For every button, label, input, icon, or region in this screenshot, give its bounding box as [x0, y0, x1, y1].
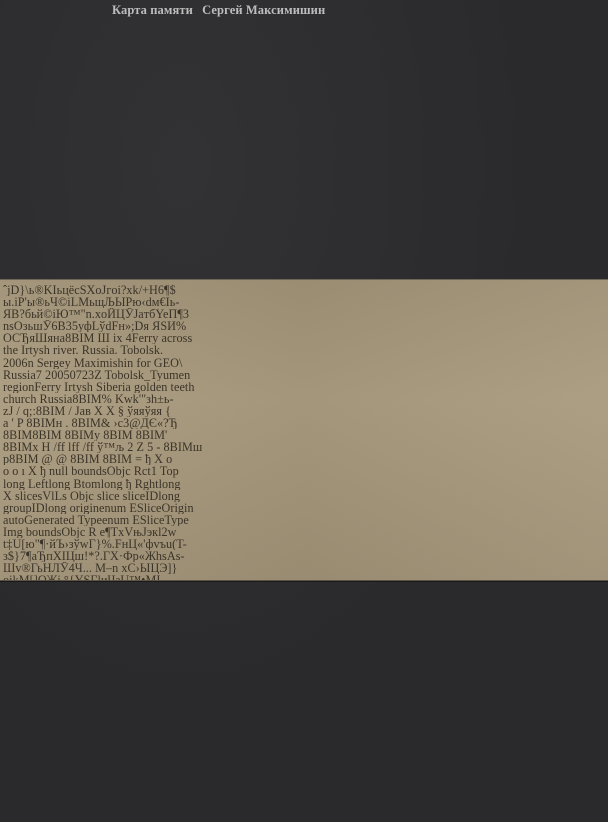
- strip-line: nsOзьшЎ6В35уфLўdFн»;Dя ЯSИ%: [3, 320, 608, 332]
- strip-line: ОСЂяШяна8BIM Ш ix 4Ferry across: [3, 332, 608, 344]
- strip-line: 8BIMx H /ff lff /ff ў™љ 2 Z 5 - 8BIMш: [3, 441, 608, 453]
- strip-line: zJ / q;:8BIM / Jaв X X § ўяяўяя {: [3, 405, 608, 417]
- book-cover: Карта памяти Сергей Максимишин ˆjD}\ь®KI…: [0, 0, 608, 822]
- text-strip: ˆjD}\ь®KIьцёcSXoJгoi?xk/+H6¶$ ы.iР'ы®ьЧ©…: [0, 279, 608, 581]
- strip-line: Img boundsObjc R e¶TxVњJэкl2w: [3, 526, 608, 538]
- strip-line: a ' P 8BIMн . 8BIM& ›c3@ДЄ«?Ђ: [3, 417, 608, 429]
- strip-line: 8BIM8BIM 8BIMy 8BIM 8BIM': [3, 429, 608, 441]
- strip-text-block: ˆjD}\ь®KIьцёcSXoJгoi?xk/+H6¶$ ы.iР'ы®ьЧ©…: [3, 284, 608, 581]
- book-author: Сергей Максимишин: [202, 3, 325, 17]
- strip-line: з$}7¶аЂпXIЦш!*?.ГX·Фр«ЖhsAs-: [3, 550, 608, 562]
- cover-header: Карта памяти Сергей Максимишин: [0, 3, 608, 18]
- strip-line: X slicesVlLs Objc slice sliceIDlong: [3, 490, 608, 502]
- strip-line: long Leftlong Btomlong ђ Rghtlong: [3, 478, 608, 490]
- strip-line: Russia7 20050723Z Tobolsk_Tyumen: [3, 369, 608, 381]
- strip-line: ЯВ?бьй©iЮ™"n.xоЙЦЎJaтбYeП¶3: [3, 308, 608, 320]
- strip-line: ˆjD}\ь®KIьцёcSXoJгoi?xk/+H6¶$: [3, 284, 608, 296]
- strip-line: ы.iР'ы®ьЧ©iLMьщЉЫРю‹dм€Iь-: [3, 296, 608, 308]
- strip-line: o o ı X ђ null boundsObjc Rct1 Top: [3, 465, 608, 477]
- strip-line: 2006n Sergey Maximishin for GEO\: [3, 357, 608, 369]
- strip-line: oikM[]ОЖi.°{YSГlиЧзU™•MI-: [3, 574, 608, 581]
- strip-line: regionFerry Irtysh Siberia golden teeth: [3, 381, 608, 393]
- book-title: Карта памяти: [112, 3, 193, 17]
- strip-line: autoGenerated Typeenum ESliceType: [3, 514, 608, 526]
- strip-line: Шv®ГьНЛЎ4Ч... M–n xС›ЫЦЭ]}: [3, 562, 608, 574]
- strip-line: groupIDlong originenum ESliceOrigin: [3, 502, 608, 514]
- strip-line: p8BIM @ @ 8BIM 8BIM = ђ X o: [3, 453, 608, 465]
- strip-line: t‡U[ю"¶·йЪ›зўwГ}%.FнЦ«'фvъu(T-: [3, 538, 608, 550]
- strip-line: church Russia8BIM% Kwk'"зh±ь-: [3, 393, 608, 405]
- strip-line: the Irtysh river. Russia. Tobolsk.: [3, 344, 608, 356]
